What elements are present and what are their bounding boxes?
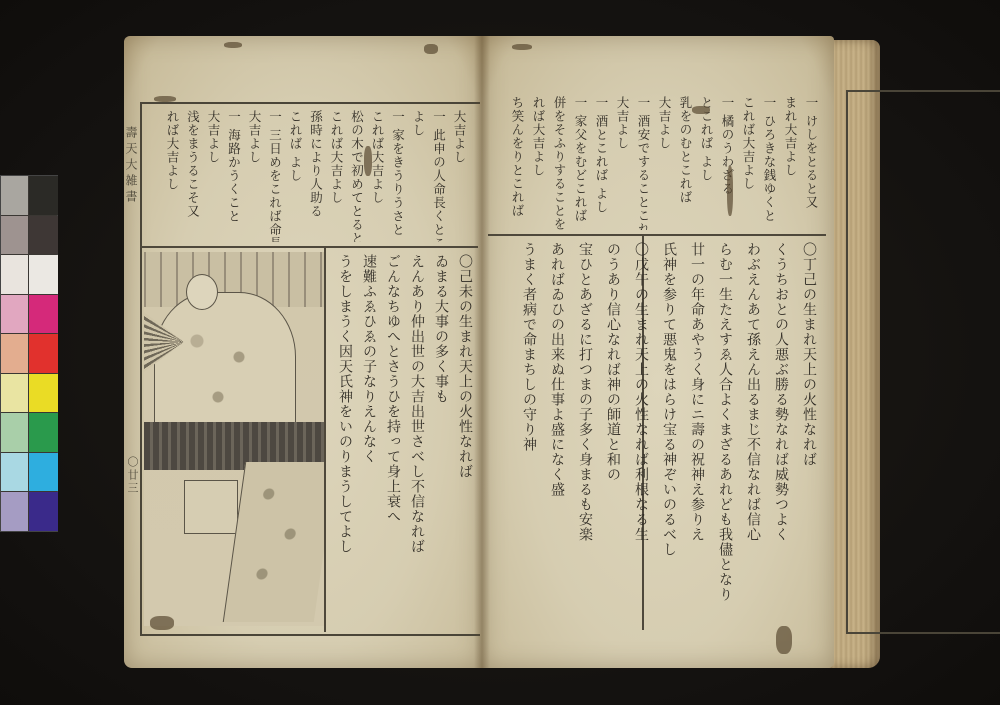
text-column: 一 海路かうくこと: [225, 110, 243, 242]
wormhole-damage: [224, 42, 242, 48]
wormhole-damage: [424, 44, 438, 54]
text-column: 大吉よし: [204, 110, 222, 242]
text-column: えんあり仲出世の大吉出世さべし不信なれば: [408, 254, 426, 626]
text-column: くうちおとの人悪ぶ勝る勢なれば威勢つよく: [772, 242, 790, 626]
color-swatch: [29, 255, 58, 294]
color-swatch: [1, 453, 28, 492]
text-column: これば大吉よし: [368, 110, 386, 242]
figure-head: [186, 274, 218, 310]
text-column: まれ大吉よし: [781, 96, 799, 230]
color-swatch: [1, 413, 28, 452]
text-column: 大吉よし: [450, 110, 468, 242]
color-swatch: [29, 453, 58, 492]
text-column: 一 酒とこれば よし: [592, 96, 610, 230]
text-column: 廿一の年命あやうく身にニ壽の祝神え参りえ: [688, 242, 706, 626]
text-column: 一 けしをとると又: [802, 96, 820, 230]
text-column: 一 ひろきな銭ゆくと: [760, 96, 778, 230]
wormhole-damage: [776, 626, 792, 654]
color-swatch: [1, 295, 28, 334]
text-column: 〇丁己の生まれ天上の火性なれば: [800, 242, 818, 626]
book-gutter: [474, 36, 490, 668]
color-swatch: [1, 255, 28, 294]
color-swatch: [29, 374, 58, 413]
text-column: 孫時により人助る: [307, 110, 325, 242]
text-column: 一 酒安ですることこれば: [634, 96, 652, 230]
text-column: うをしまうく因天氏神をいのりまうしてよし: [336, 254, 354, 626]
text-column: 氏神を参りて悪鬼をはらけ宝る神ぞいのるべし: [660, 242, 678, 626]
wormhole-damage: [512, 44, 532, 50]
lacquer-box: [184, 480, 238, 534]
text-column: 一 家をきうりうさと: [389, 110, 407, 242]
wormhole-damage: [150, 616, 174, 630]
color-swatch: [29, 334, 58, 373]
color-swatch: [29, 492, 58, 531]
color-swatch: [29, 216, 58, 255]
right-section-divider: [488, 234, 826, 236]
wormhole-damage: [364, 146, 372, 176]
text-column: 乳をのむとこれば: [676, 96, 694, 230]
woodblock-illustration: [144, 252, 324, 626]
text-column: 一 此申の人命長くとこれば: [430, 110, 448, 242]
text-column: あればゐひの出来ぬ仕事よ盛になく盛: [548, 242, 566, 626]
color-swatch: [29, 295, 58, 334]
color-swatch: [1, 334, 28, 373]
open-book: 壽天大雑書 〇廿三 大吉よし一 此申の人命長くとこればよし一 家をきうりうさとこ…: [124, 36, 869, 672]
text-column: 大吉よし: [613, 96, 631, 230]
text-column: 速難ふゑひゑの子なりえんなく: [360, 254, 378, 626]
color-swatch: [1, 374, 28, 413]
left-section-divider: [140, 246, 478, 248]
illustration-border: [324, 246, 326, 632]
text-column: これば よし: [286, 110, 304, 242]
text-column: 宝ひとあざるに打つまの子多く身まるも安楽: [576, 242, 594, 626]
color-swatch: [1, 216, 28, 255]
left-page: 壽天大雑書 〇廿三 大吉よし一 此申の人命長くとこればよし一 家をきうりうさとこ…: [124, 36, 482, 668]
wormhole-damage: [692, 106, 710, 114]
text-column: これば大吉よし: [327, 110, 345, 242]
right-page: 一 けしをとると又まれ大吉よし一 ひろきな銭ゆくとこれば大吉よし一 橘のうわざる…: [482, 36, 834, 668]
text-column: らむ一生たえすゑ人合よくまざるあれども我儘となり: [716, 242, 734, 626]
color-swatch: [29, 413, 58, 452]
text-column: 松の木で初めてとると: [348, 110, 366, 242]
right-page-frame: [846, 90, 1000, 634]
text-column: 一 三日めをこれば命長く: [266, 110, 284, 242]
color-swatch: [1, 492, 28, 531]
text-column: 浅をまうるこそ又: [184, 110, 202, 242]
wormhole-damage: [154, 96, 176, 102]
text-column: れば大吉よし: [529, 96, 547, 230]
wormhole-damage: [727, 166, 733, 216]
color-swatch: [29, 176, 58, 215]
text-column: 〇己未の生まれ天上の火性なれば: [456, 254, 474, 626]
text-column: 大吉よし: [245, 110, 263, 242]
text-column: のうあり信心なれば神の師道と和の: [604, 242, 622, 626]
text-column: わぶえんあて孫えん出るまじ不信なれば信心: [744, 242, 762, 626]
text-column: 併をそふりすることを: [550, 96, 568, 230]
text-column: 一 家父をむどこれば: [571, 96, 589, 230]
text-column: 〇戊午の生まれ天上の火性なれば利根なる生: [632, 242, 650, 626]
text-column: これば大吉よし: [739, 96, 757, 230]
text-column: れば大吉よし: [163, 110, 181, 242]
text-column: ち笑んをりとこれば: [508, 96, 526, 230]
margin-book-title: 壽天大雑書: [128, 126, 140, 206]
text-column: ごんなちゆへとさうひを持って身上衰へ: [384, 254, 402, 626]
text-column: とこれば よし: [697, 96, 715, 230]
text-column: うまく者病で命まちしの守り神: [520, 242, 538, 626]
text-column: 大吉よし: [655, 96, 673, 230]
color-swatch: [1, 176, 28, 215]
text-column: よし: [409, 110, 427, 242]
text-column: ゐまる大事の多く事も: [432, 254, 450, 626]
margin-page-number: 〇廿三: [128, 456, 140, 495]
color-calibration-chart: [0, 175, 58, 532]
